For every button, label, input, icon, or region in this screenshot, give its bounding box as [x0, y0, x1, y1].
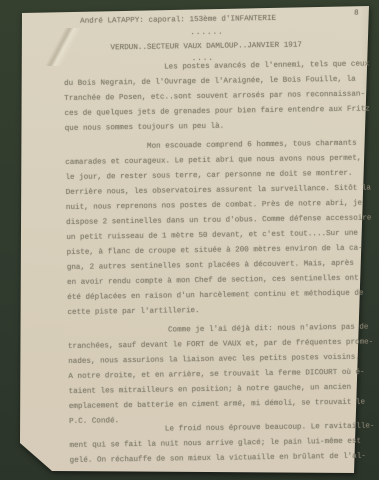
paragraph: Mon escouade comprend 6 hommes, tous cha… — [65, 136, 379, 321]
paragraph: Le froid nous éprouve beaucoup. Le ravit… — [69, 419, 379, 469]
paragraph: Les postes avancés de l'ennemi, tels que… — [64, 57, 379, 137]
typewritten-content: André LATAPPY: caporal: 153ème d'INFANTE… — [63, 7, 379, 474]
author-header: André LATAPPY: caporal: 153ème d'INFANTE… — [80, 12, 276, 30]
document-body: Les postes avancés de l'ennemi, tels que… — [64, 57, 379, 469]
scanned-document-page: André LATAPPY: caporal: 153ème d'INFANTE… — [0, 0, 379, 480]
page-number: 8 — [354, 7, 359, 22]
paragraph: Comme je l'ai déjà dit: nous n'avions pa… — [68, 320, 379, 430]
